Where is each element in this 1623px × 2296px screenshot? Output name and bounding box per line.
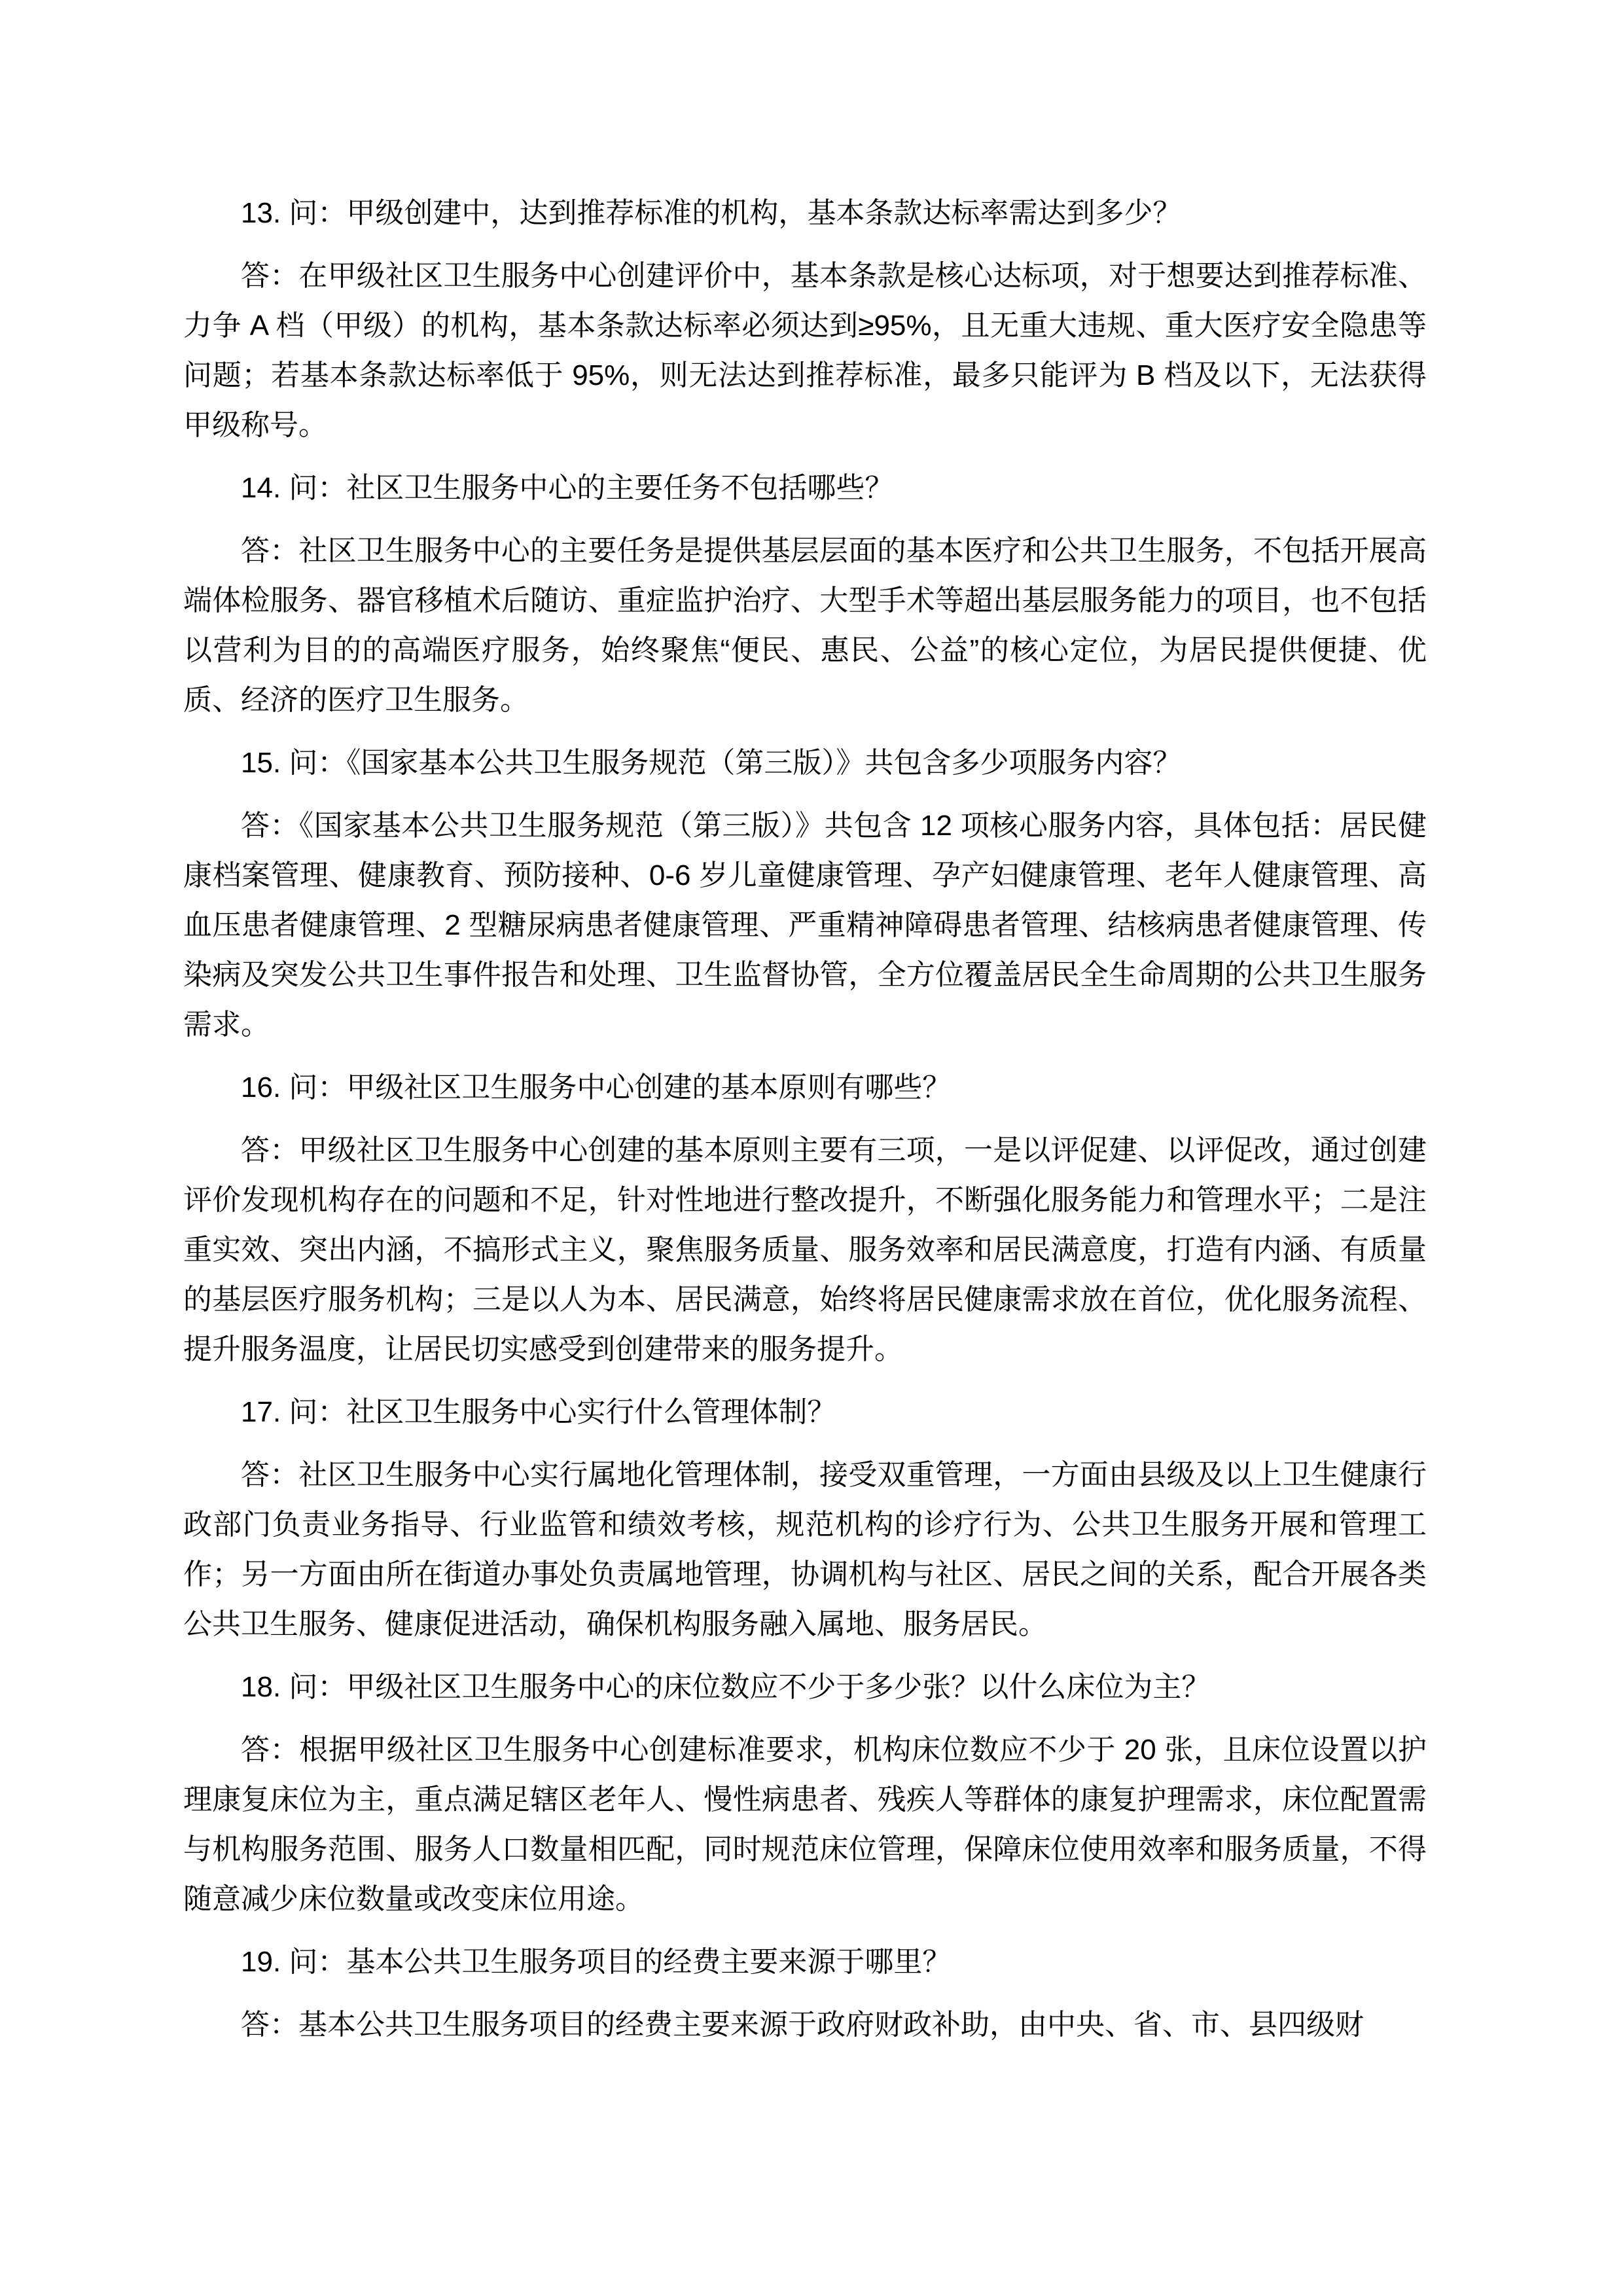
answer-paragraph: 答：基本公共卫生服务项目的经费主要来源于政府财政补助，由中央、省、市、县四级财 [183, 2000, 1427, 2050]
qa-item-18: 18. 问：甲级社区卫生服务中心的床位数应不少于多少张？以什么床位为主？ 答：根… [183, 1662, 1427, 1924]
answer-paragraph: 答：甲级社区卫生服务中心创建的基本原则主要有三项，一是以评促建、以评促改，通过创… [183, 1126, 1427, 1374]
qa-item-14: 14. 问：社区卫生服务中心的主要任务不包括哪些？ 答：社区卫生服务中心的主要任… [183, 463, 1427, 725]
question-line: 15. 问：《国家基本公共卫生服务规范（第三版）》共包含多少项服务内容？ [183, 738, 1427, 788]
answer-paragraph: 答：社区卫生服务中心的主要任务是提供基层层面的基本医疗和公共卫生服务，不包括开展… [183, 526, 1427, 725]
qa-item-17: 17. 问：社区卫生服务中心实行什么管理体制？ 答：社区卫生服务中心实行属地化管… [183, 1388, 1427, 1649]
answer-paragraph: 答：根据甲级社区卫生服务中心创建标准要求，机构床位数应不少于 20 张，且床位设… [183, 1725, 1427, 1924]
question-line: 19. 问：基本公共卫生服务项目的经费主要来源于哪里？ [183, 1937, 1427, 1987]
question-line: 13. 问：甲级创建中，达到推荐标准的机构，基本条款达标率需达到多少？ [183, 188, 1427, 238]
qa-item-13: 13. 问：甲级创建中，达到推荐标准的机构，基本条款达标率需达到多少？ 答：在甲… [183, 188, 1427, 450]
document-page: 13. 问：甲级创建中，达到推荐标准的机构，基本条款达标率需达到多少？ 答：在甲… [0, 0, 1623, 2296]
qa-item-15: 15. 问：《国家基本公共卫生服务规范（第三版）》共包含多少项服务内容？ 答：《… [183, 738, 1427, 1050]
qa-item-19: 19. 问：基本公共卫生服务项目的经费主要来源于哪里？ 答：基本公共卫生服务项目… [183, 1937, 1427, 2050]
answer-paragraph: 答：社区卫生服务中心实行属地化管理体制，接受双重管理，一方面由县级及以上卫生健康… [183, 1450, 1427, 1649]
question-line: 16. 问：甲级社区卫生服务中心创建的基本原则有哪些？ [183, 1063, 1427, 1113]
question-line: 17. 问：社区卫生服务中心实行什么管理体制？ [183, 1388, 1427, 1437]
question-line: 18. 问：甲级社区卫生服务中心的床位数应不少于多少张？以什么床位为主？ [183, 1662, 1427, 1712]
qa-item-16: 16. 问：甲级社区卫生服务中心创建的基本原则有哪些？ 答：甲级社区卫生服务中心… [183, 1063, 1427, 1374]
answer-paragraph: 答：《国家基本公共卫生服务规范（第三版）》共包含 12 项核心服务内容，具体包括… [183, 801, 1427, 1050]
answer-paragraph: 答：在甲级社区卫生服务中心创建评价中，基本条款是核心达标项，对于想要达到推荐标准… [183, 251, 1427, 450]
question-line: 14. 问：社区卫生服务中心的主要任务不包括哪些？ [183, 463, 1427, 513]
